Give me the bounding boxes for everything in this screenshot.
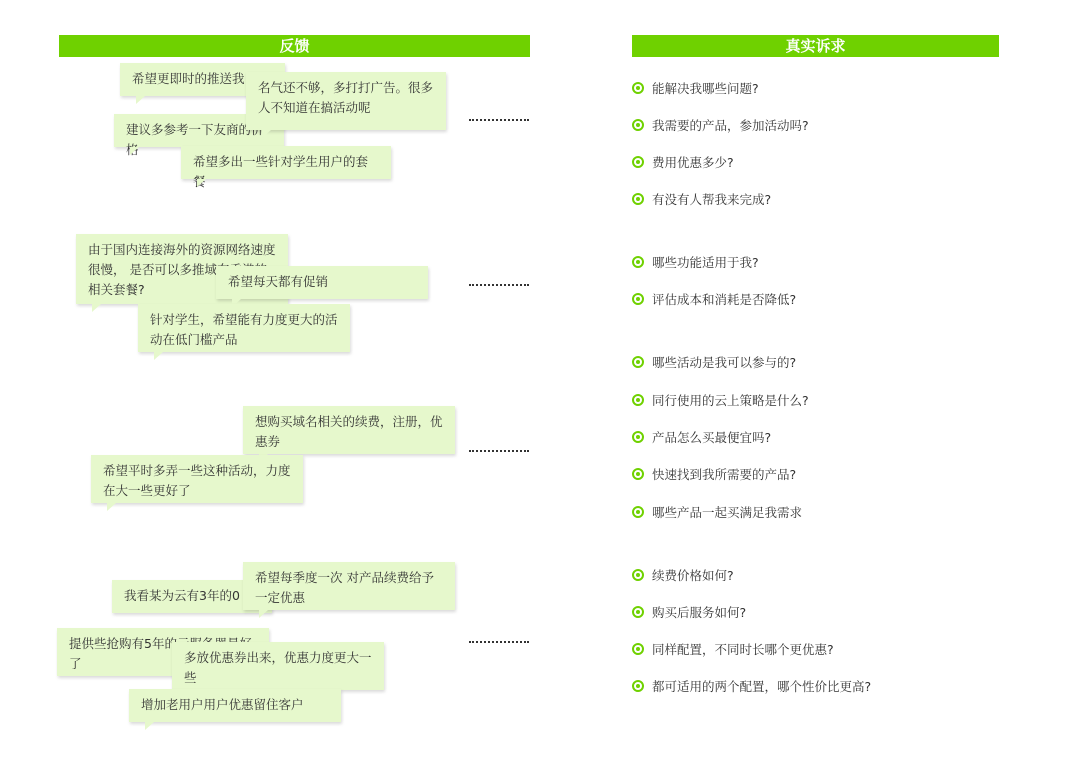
radio-bullet-icon — [632, 680, 644, 692]
radio-bullet-icon — [632, 468, 644, 480]
need-text: 哪些功能适用于我? — [652, 253, 759, 271]
need-text: 有没有人帮我来完成? — [652, 190, 771, 208]
need-item: 有没有人帮我来完成? — [632, 190, 771, 208]
need-item: 快速找到我所需要的产品? — [632, 465, 796, 483]
feedback-bubble: 希望多出一些针对学生用户的套餐 — [181, 146, 391, 179]
radio-bullet-icon — [632, 356, 644, 368]
feedback-bubble: 多放优惠券出来，优惠力度更大一些 — [172, 642, 384, 690]
need-text: 都可适用的两个配置，哪个性价比更高? — [652, 677, 871, 695]
need-item: 同行使用的云上策略是什么? — [632, 391, 809, 409]
radio-bullet-icon — [632, 82, 644, 94]
need-text: 我需要的产品，参加活动吗? — [652, 116, 809, 134]
need-item: 能解决我哪些问题? — [632, 79, 759, 97]
needs-header: 真实诉求 — [632, 35, 999, 57]
feedback-header: 反馈 — [59, 35, 530, 57]
radio-bullet-icon — [632, 431, 644, 443]
feedback-bubble: 希望每天都有促销 — [216, 266, 428, 299]
feedback-bubble: 增加老用户用户优惠留住客户 — [129, 689, 341, 722]
need-item: 哪些活动是我可以参与的? — [632, 353, 796, 371]
need-text: 同样配置，不同时长哪个更优惠? — [652, 640, 834, 658]
connector-dots — [469, 119, 529, 121]
need-text: 同行使用的云上策略是什么? — [652, 391, 809, 409]
need-text: 评估成本和消耗是否降低? — [652, 290, 796, 308]
feedback-bubble: 想购买域名相关的续费，注册，优惠券 — [243, 406, 455, 454]
radio-bullet-icon — [632, 293, 644, 305]
need-item: 评估成本和消耗是否降低? — [632, 290, 796, 308]
need-text: 能解决我哪些问题? — [652, 79, 759, 97]
radio-bullet-icon — [632, 643, 644, 655]
feedback-bubble: 希望平时多弄一些这种活动，力度在大一些更好了 — [91, 455, 303, 503]
radio-bullet-icon — [632, 394, 644, 406]
need-text: 费用优惠多少? — [652, 153, 734, 171]
need-text: 购买后服务如何? — [652, 603, 746, 621]
bubble-text: 我看某为云有3年的0 — [124, 588, 240, 603]
need-item: 同样配置，不同时长哪个更优惠? — [632, 640, 834, 658]
radio-bullet-icon — [632, 193, 644, 205]
need-text: 续费价格如何? — [652, 566, 734, 584]
need-item: 购买后服务如何? — [632, 603, 746, 621]
need-text: 快速找到我所需要的产品? — [652, 465, 796, 483]
connector-dots — [469, 450, 529, 452]
need-item: 我需要的产品，参加活动吗? — [632, 116, 809, 134]
radio-bullet-icon — [632, 119, 644, 131]
feedback-bubble: 名气还不够，多打打广告。很多人不知道在搞活动呢 — [246, 72, 446, 130]
radio-bullet-icon — [632, 606, 644, 618]
need-item: 产品怎么买最便宜吗? — [632, 428, 771, 446]
need-text: 产品怎么买最便宜吗? — [652, 428, 771, 446]
need-item: 续费价格如何? — [632, 566, 734, 584]
feedback-bubble: 针对学生，希望能有力度更大的活动在低门槛产品 — [138, 304, 350, 352]
connector-dots — [469, 284, 529, 286]
need-text: 哪些产品一起买满足我需求 — [652, 503, 802, 521]
feedback-bubble: 希望每季度一次 对产品续费给予一定优惠 — [243, 562, 455, 610]
need-item: 哪些产品一起买满足我需求 — [632, 503, 802, 521]
connector-dots — [469, 641, 529, 643]
need-text: 哪些活动是我可以参与的? — [652, 353, 796, 371]
radio-bullet-icon — [632, 569, 644, 581]
radio-bullet-icon — [632, 156, 644, 168]
need-item: 都可适用的两个配置，哪个性价比更高? — [632, 677, 871, 695]
radio-bullet-icon — [632, 506, 644, 518]
need-item: 费用优惠多少? — [632, 153, 734, 171]
need-item: 哪些功能适用于我? — [632, 253, 759, 271]
radio-bullet-icon — [632, 256, 644, 268]
